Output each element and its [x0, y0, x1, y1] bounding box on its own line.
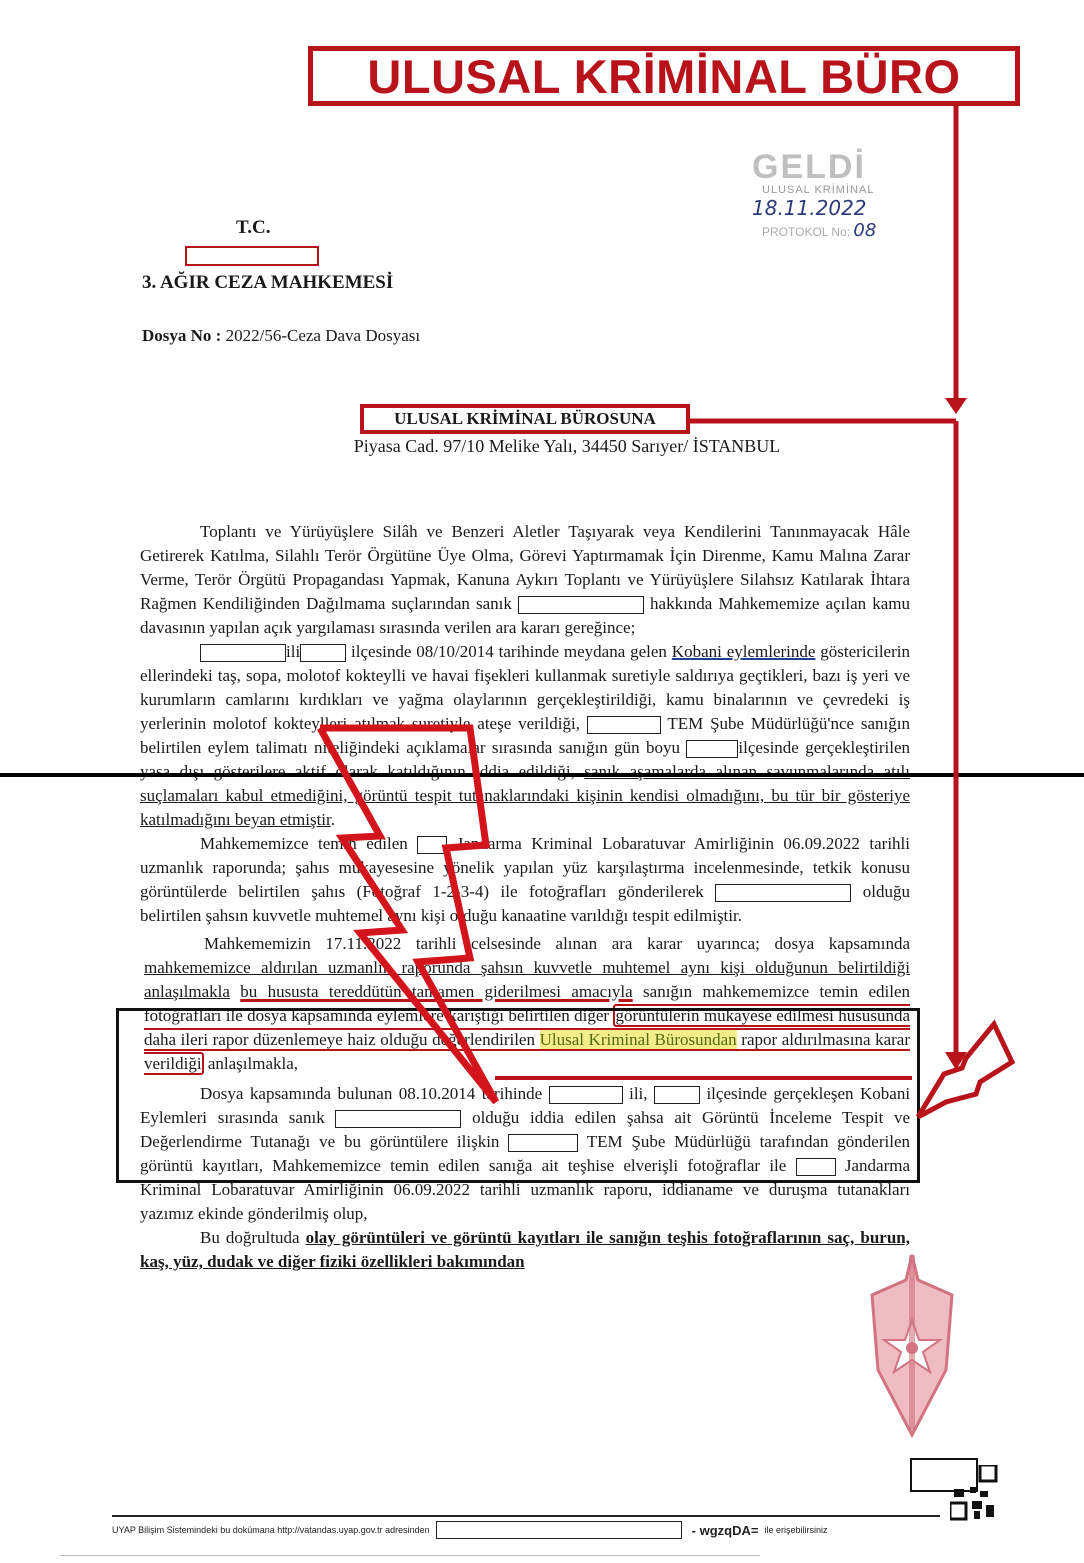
page-edge — [60, 1555, 760, 1556]
republic-label: T.C. — [236, 217, 270, 239]
footer: UYAP Bilişim Sistemindeki bu dokümana ht… — [112, 1521, 952, 1539]
redacted-city — [587, 716, 661, 734]
redacted-province — [200, 644, 286, 662]
banner-title: ULUSAL KRİMİNAL BÜRO — [367, 53, 960, 100]
footer-divider — [112, 1515, 940, 1517]
text: . — [331, 810, 335, 829]
paragraph-request: Bu doğrultuda olay görüntüleri ve görünt… — [140, 1226, 910, 1274]
qr-code-icon — [950, 1465, 998, 1521]
redacted-province — [417, 836, 447, 854]
recipient-name: ULUSAL KRİMİNAL BÜROSUNA — [394, 409, 656, 429]
text: Bu doğrultuda — [200, 1228, 300, 1247]
paragraph-charges: Toplantı ve Yürüyüşlere Silâh ve Benzeri… — [140, 520, 910, 640]
strike-line — [0, 773, 1084, 777]
stamp-date: 18.11.2022 — [752, 196, 954, 220]
file-number: Dosya No : 2022/56-Ceza Dava Dosyası — [142, 326, 420, 346]
text: Mahkememizin 17.11.2022 tarihli celsesin… — [204, 934, 910, 953]
footer-suffix: ile erişebilirsiniz — [764, 1525, 827, 1535]
paragraph-expert-report: Mahkememizce temin edilen Jandarma Krimi… — [140, 832, 910, 928]
small-lightning-bolt-icon — [918, 1024, 1012, 1117]
stamp-word: GELDİ — [752, 150, 954, 184]
redacted-city — [185, 246, 319, 266]
file-number-value: 2022/56-Ceza Dava Dosyası — [226, 326, 421, 345]
text: ili — [286, 642, 300, 661]
recipient-address: Piyasa Cad. 97/10 Melike Yalı, 34450 Sar… — [0, 436, 1084, 457]
stamp-protocol-number: 08 — [853, 220, 876, 241]
redacted-defendant-name — [518, 596, 644, 614]
text: Mahkememizce temin edilen — [200, 834, 408, 853]
decision-frame — [116, 1008, 920, 1183]
underlined-kobani-events: Kobani eylemlerinde — [672, 642, 816, 661]
footer-access-code: - wgzqDA= — [692, 1523, 759, 1538]
redacted-name — [715, 884, 851, 902]
text: ilçesinde 08/10/2014 tarihinde meydana g… — [351, 642, 667, 661]
title-banner: ULUSAL KRİMİNAL BÜRO — [308, 46, 1020, 106]
court-name: 3. AĞIR CEZA MAHKEMESİ — [142, 272, 393, 294]
stamp-protocol-label: PROTOKOL No: — [762, 225, 850, 239]
received-stamp: GELDİ ULUSAL KRİMİNAL 18.11.2022 PROTOKO… — [722, 150, 954, 278]
redacted-district — [300, 644, 346, 662]
file-number-label: Dosya No : — [142, 326, 221, 345]
redacted-district — [686, 740, 738, 758]
paragraph-events: ili ilçesinde 08/10/2014 tarihinde meyda… — [140, 640, 910, 832]
gendarmerie-emblem-icon — [862, 1250, 962, 1440]
stamp-protocol: PROTOKOL No: 08 — [762, 220, 954, 241]
red-underlined-purpose: bu hususta tereddütün tamamen giderilmes… — [240, 982, 632, 1001]
recipient-name-box: ULUSAL KRİMİNAL BÜROSUNA — [360, 404, 690, 434]
redacted-document-key — [436, 1521, 682, 1539]
footer-text: UYAP Bilişim Sistemindeki bu dokümana ht… — [112, 1525, 430, 1535]
